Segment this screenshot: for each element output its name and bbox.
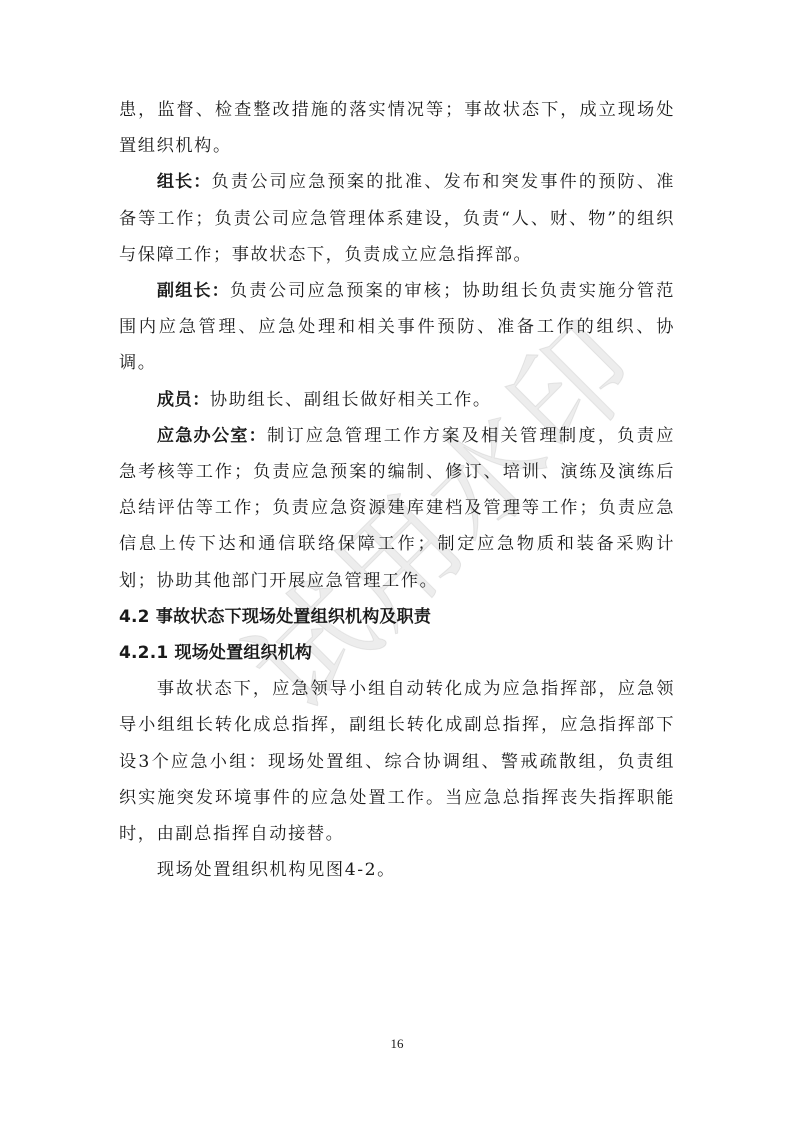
paragraph-text: 协助组长、副组长做好相关工作。 — [210, 390, 492, 410]
paragraph-emergency-office: 应急办公室：制订应急管理工作方案及相关管理制度，负责应急考核等工作；负责应急预案… — [119, 418, 675, 599]
section-heading-4-2-1: 4.2.1 现场处置组织机构 — [119, 635, 675, 671]
paragraph-text: 患，监督、检查整改措施的落实情况等；事故状态下，成立现场处置组织机构。 — [119, 100, 675, 156]
paragraph-text: 事故状态下，应急领导小组自动转化成为应急指挥部，应急领导小组组长转化成总指挥，副… — [119, 679, 675, 844]
paragraph-members: 成员：协助组长、副组长做好相关工作。 — [119, 382, 675, 418]
paragraph-text: 现场处置组织机构见图4-2。 — [157, 860, 396, 880]
role-label-emergency-office: 应急办公室： — [157, 426, 267, 446]
paragraph-continuation: 患，监督、检查整改措施的落实情况等；事故状态下，成立现场处置组织机构。 — [119, 92, 675, 164]
page-number: 16 — [0, 1036, 794, 1052]
paragraph-figure-reference: 现场处置组织机构见图4-2。 — [119, 852, 675, 888]
role-label-group-leader: 组长： — [157, 172, 212, 192]
role-label-deputy-leader: 副组长： — [157, 281, 230, 301]
document-page-body: 患，监督、检查整改措施的落实情况等；事故状态下，成立现场处置组织机构。 组长：负… — [119, 92, 675, 888]
paragraph-text: 制订应急管理工作方案及相关管理制度，负责应急考核等工作；负责应急预案的编制、修订… — [119, 426, 675, 591]
section-heading-4-2: 4.2 事故状态下现场处置组织机构及职责 — [119, 599, 675, 635]
paragraph-deputy-leader: 副组长：负责公司应急预案的审核；协助组长负责实施分管范围内应急管理、应急处理和相… — [119, 273, 675, 382]
paragraph-group-leader: 组长：负责公司应急预案的批准、发布和突发事件的预防、准备等工作；负责公司应急管理… — [119, 164, 675, 273]
paragraph-command-structure: 事故状态下，应急领导小组自动转化成为应急指挥部，应急领导小组组长转化成总指挥，副… — [119, 671, 675, 852]
role-label-members: 成员： — [157, 390, 210, 410]
